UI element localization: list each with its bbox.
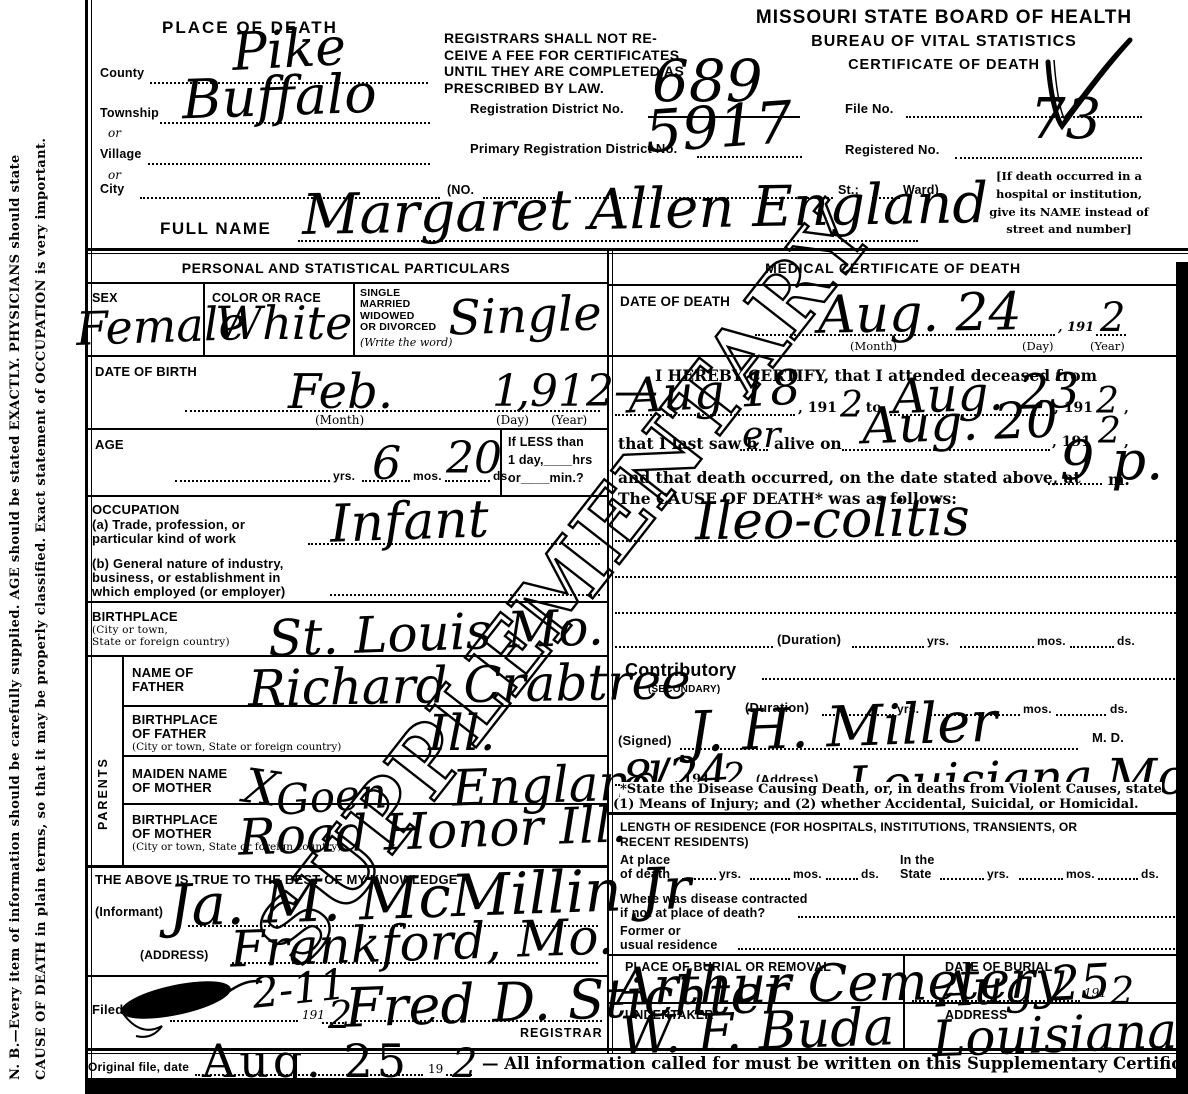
registration-district-label: Registration District No. — [470, 101, 624, 116]
registered-no-label: Registered No. — [845, 142, 940, 157]
birthplace-sub2: State or foreign country) — [92, 636, 230, 648]
duration-ds-line — [1070, 646, 1114, 648]
dod-day-caption: (Day) — [1022, 339, 1054, 353]
line-under-dob — [85, 428, 607, 430]
duration2-ds-line — [1056, 714, 1106, 716]
former-residence-label2: usual residence — [620, 938, 718, 952]
at-place-ds-line — [826, 878, 858, 880]
in-state-mos-line — [1019, 878, 1063, 880]
duration-yrs-line — [852, 646, 924, 648]
bureau-title: BUREAU OF VITAL STATISTICS — [700, 33, 1188, 51]
marital-label: SINGLE MARRIED WIDOWED OR DIVORCED — [360, 288, 436, 333]
date-of-death-label: DATE OF DEATH — [620, 294, 730, 309]
death-time-m: m. — [1108, 470, 1130, 489]
occupation-label: OCCUPATION — [92, 502, 179, 517]
dod-year-printed: , 191 — [1058, 320, 1094, 335]
medical-title: MEDICAL CERTIFICATE OF DEATH — [613, 260, 1173, 276]
filed-line — [170, 1020, 298, 1022]
former-residence-line — [738, 948, 1183, 950]
age-label: AGE — [95, 437, 124, 452]
personal-title: PERSONAL AND STATISTICAL PARTICULARS — [85, 260, 607, 276]
dod-month-caption: (Month) — [850, 339, 897, 353]
cause-line-3 — [615, 612, 1183, 614]
contracted-label1: Where was disease contracted — [620, 892, 808, 906]
age-less-divider — [500, 428, 502, 495]
duration2-mos-label: mos. — [1023, 702, 1052, 716]
mother-name-label2: OF MOTHER — [132, 780, 212, 795]
cause-line-2 — [615, 576, 1183, 578]
at-place-mos-line — [750, 878, 790, 880]
header-divider — [85, 248, 1188, 251]
line-under-father-name — [122, 705, 607, 707]
mother-birthplace-value: Road Honor Ill. — [237, 799, 627, 863]
in-state-mos: mos. — [1066, 867, 1095, 881]
dod-year-value: 2 — [1100, 298, 1125, 338]
mother-birthplace-label1: BIRTHPLACE — [132, 812, 218, 827]
hospital-note: [If death occurred in a hospital or inst… — [985, 168, 1153, 239]
age-less-line2: 1 day,____hrs — [508, 453, 592, 467]
date-of-birth-label: DATE OF BIRTH — [95, 364, 197, 379]
mother-birthplace-label2: OF MOTHER — [132, 826, 212, 841]
primary-district-value: 5917 — [643, 93, 794, 161]
county-label: County — [100, 66, 144, 80]
burial-year-printed: 191 — [1084, 986, 1107, 1000]
margin-note-line2: CAUSE OF DEATH in plain terms, so that i… — [34, 10, 49, 1080]
line-under-footnote — [609, 812, 1188, 815]
age-yrs-label: yrs. — [333, 469, 355, 483]
dob-year-caption: (Year) — [551, 413, 587, 427]
father-birthplace-label2: OF FATHER — [132, 726, 207, 741]
in-state-ds-line — [1098, 878, 1138, 880]
registrar-line — [352, 1020, 602, 1022]
residence-title2: RECENT RESIDENTS) — [620, 835, 749, 849]
contributory-label: Contributory — [625, 660, 736, 681]
marital-value: Single — [447, 289, 602, 342]
line-under-dod — [609, 355, 1188, 357]
at-place-label2: of death — [620, 867, 670, 881]
in-state-ds: ds. — [1141, 867, 1159, 881]
age-mos-value: 6 — [372, 440, 401, 486]
line-under-sex-row — [85, 355, 607, 357]
father-birthplace-value: Ill. — [428, 708, 496, 758]
scan-right-bar — [1176, 262, 1188, 1094]
age-less-line1: If LESS than — [508, 435, 584, 449]
duration-mos-label: mos. — [1037, 634, 1066, 648]
death-certificate: N. B.—Every item of information should b… — [0, 0, 1188, 1094]
dob-month: Feb. — [288, 368, 393, 416]
former-residence-label1: Former or — [620, 924, 681, 938]
in-state-label2: State — [900, 867, 932, 881]
mother-name-label1: MAIDEN NAME — [132, 766, 227, 781]
dod-year-caption: (Year) — [1090, 339, 1125, 353]
parents-strip-divider — [122, 655, 124, 865]
or-label-2: or — [108, 168, 121, 182]
header-divider-inner — [85, 253, 1188, 254]
village-label: Village — [100, 147, 141, 161]
city-label: City — [100, 182, 124, 196]
occupation-b-line — [330, 594, 600, 596]
secondary-label: (SECONDARY) — [648, 684, 720, 695]
certify-line4: and that death occurred, on the date sta… — [618, 468, 1081, 487]
from-year-printed: , 191 — [798, 400, 837, 416]
filed-year-printed: 191 — [302, 1008, 325, 1022]
color-marital-divider — [353, 282, 355, 355]
duration-label: (Duration) — [777, 632, 841, 647]
marital-sub-label: (Write the word) — [360, 336, 452, 349]
registered-no-value: 73 — [1030, 92, 1101, 148]
occupation-value: Infant — [329, 493, 489, 551]
residence-title1: LENGTH OF RESIDENCE (FOR HOSPITALS, INST… — [620, 820, 1077, 834]
footnote-line1: *State the Disease Causing Death, or, in… — [620, 782, 1162, 797]
birthplace-label: BIRTHPLACE — [92, 609, 178, 624]
color-race-value: White — [215, 300, 352, 346]
birthplace-sub1: (City or town, — [92, 624, 168, 636]
father-birthplace-sub: (City or town, State or foreign country) — [132, 741, 341, 753]
father-name-label2: FATHER — [132, 679, 184, 694]
at-place-label1: At place — [620, 853, 670, 867]
parents-label: PARENTS — [96, 700, 110, 830]
occupation-b-line1: (b) General nature of industry, — [92, 556, 284, 571]
occupation-a-line2: particular kind of work — [92, 531, 236, 546]
occupation-b-line2: business, or establishment in — [92, 570, 281, 585]
to-year-comma: , — [1124, 400, 1129, 416]
scan-bottom-bar — [85, 1078, 1188, 1094]
form-left-border — [85, 0, 88, 1080]
file-no-label: File No. — [845, 101, 894, 116]
dod-value: Aug. 24 — [818, 286, 1022, 342]
duration2-ds-label: ds. — [1110, 702, 1128, 716]
occupation-a-line1: (a) Trade, profession, or — [92, 517, 245, 532]
line-under-personal-title — [85, 282, 607, 284]
at-place-mos: mos. — [793, 867, 822, 881]
duration-ds-label: ds. — [1117, 634, 1135, 648]
footer-year-printed: 19 — [428, 1062, 443, 1076]
original-file-label: Original file, date — [88, 1060, 189, 1074]
registered-no-line — [955, 157, 1142, 159]
footer-note: — All information called for must be wri… — [482, 1054, 1188, 1073]
age-yrs-line — [175, 480, 330, 482]
signed-label: (Signed) — [618, 733, 672, 748]
margin-note-line1: N. B.—Every item of information should b… — [8, 10, 23, 1080]
duration-yrs-label: yrs. — [927, 634, 949, 648]
township-value: Buffalo — [181, 67, 377, 128]
certify-line3a: that I last saw h — [618, 434, 758, 453]
occupation-b-line3: which employed (or employer) — [92, 584, 285, 599]
father-name-label1: NAME OF — [132, 665, 193, 680]
at-place-ds: ds. — [861, 867, 879, 881]
board-title: MISSOURI STATE BOARD OF HEALTH — [700, 7, 1188, 29]
md-label: M. D. — [1092, 730, 1124, 745]
at-place-yrs: yrs. — [719, 867, 741, 881]
dob-month-caption: (Month) — [315, 413, 364, 427]
ink-blot — [108, 972, 268, 1042]
signed-signature: J. H. Miller — [687, 695, 998, 762]
cause-line-1 — [615, 540, 1183, 542]
contracted-line — [798, 916, 1183, 918]
duration-mos-line — [960, 646, 1034, 648]
file-no-line — [906, 116, 1142, 118]
dob-day-caption: (Day) — [496, 413, 529, 427]
certificate-title: CERTIFICATE OF DEATH — [700, 57, 1188, 73]
age-less-line3: or____min.? — [508, 471, 584, 485]
duration-lead-line — [615, 646, 773, 648]
in-state-yrs: yrs. — [987, 867, 1009, 881]
attended-from-value: Aug 18 — [627, 364, 802, 421]
alive-on-label: alive on — [774, 434, 842, 453]
last-seen-value: Aug. 20 — [861, 395, 1058, 452]
age-mos-label: mos. — [413, 469, 442, 483]
full-name-label: FULL NAME — [160, 219, 271, 239]
in-state-label1: In the — [900, 853, 935, 867]
or-label-1: or — [108, 126, 121, 140]
informant-address-label: (ADDRESS) — [140, 948, 208, 962]
full-name-value: Margaret Allen England — [302, 176, 989, 244]
footnote-line2: (1) Means of Injury; and (2) whether Acc… — [613, 797, 1139, 812]
registrar-label: REGISTRAR — [520, 1026, 603, 1040]
contributory-line — [762, 678, 1182, 680]
informant-label: (Informant) — [95, 905, 163, 919]
village-line — [148, 163, 430, 165]
township-label: Township — [100, 106, 159, 120]
in-state-yrs-line — [940, 878, 984, 880]
father-birthplace-label1: BIRTHPLACE — [132, 712, 218, 727]
at-place-yrs-line — [682, 878, 716, 880]
contracted-label2: if not at place of death? — [620, 906, 765, 920]
